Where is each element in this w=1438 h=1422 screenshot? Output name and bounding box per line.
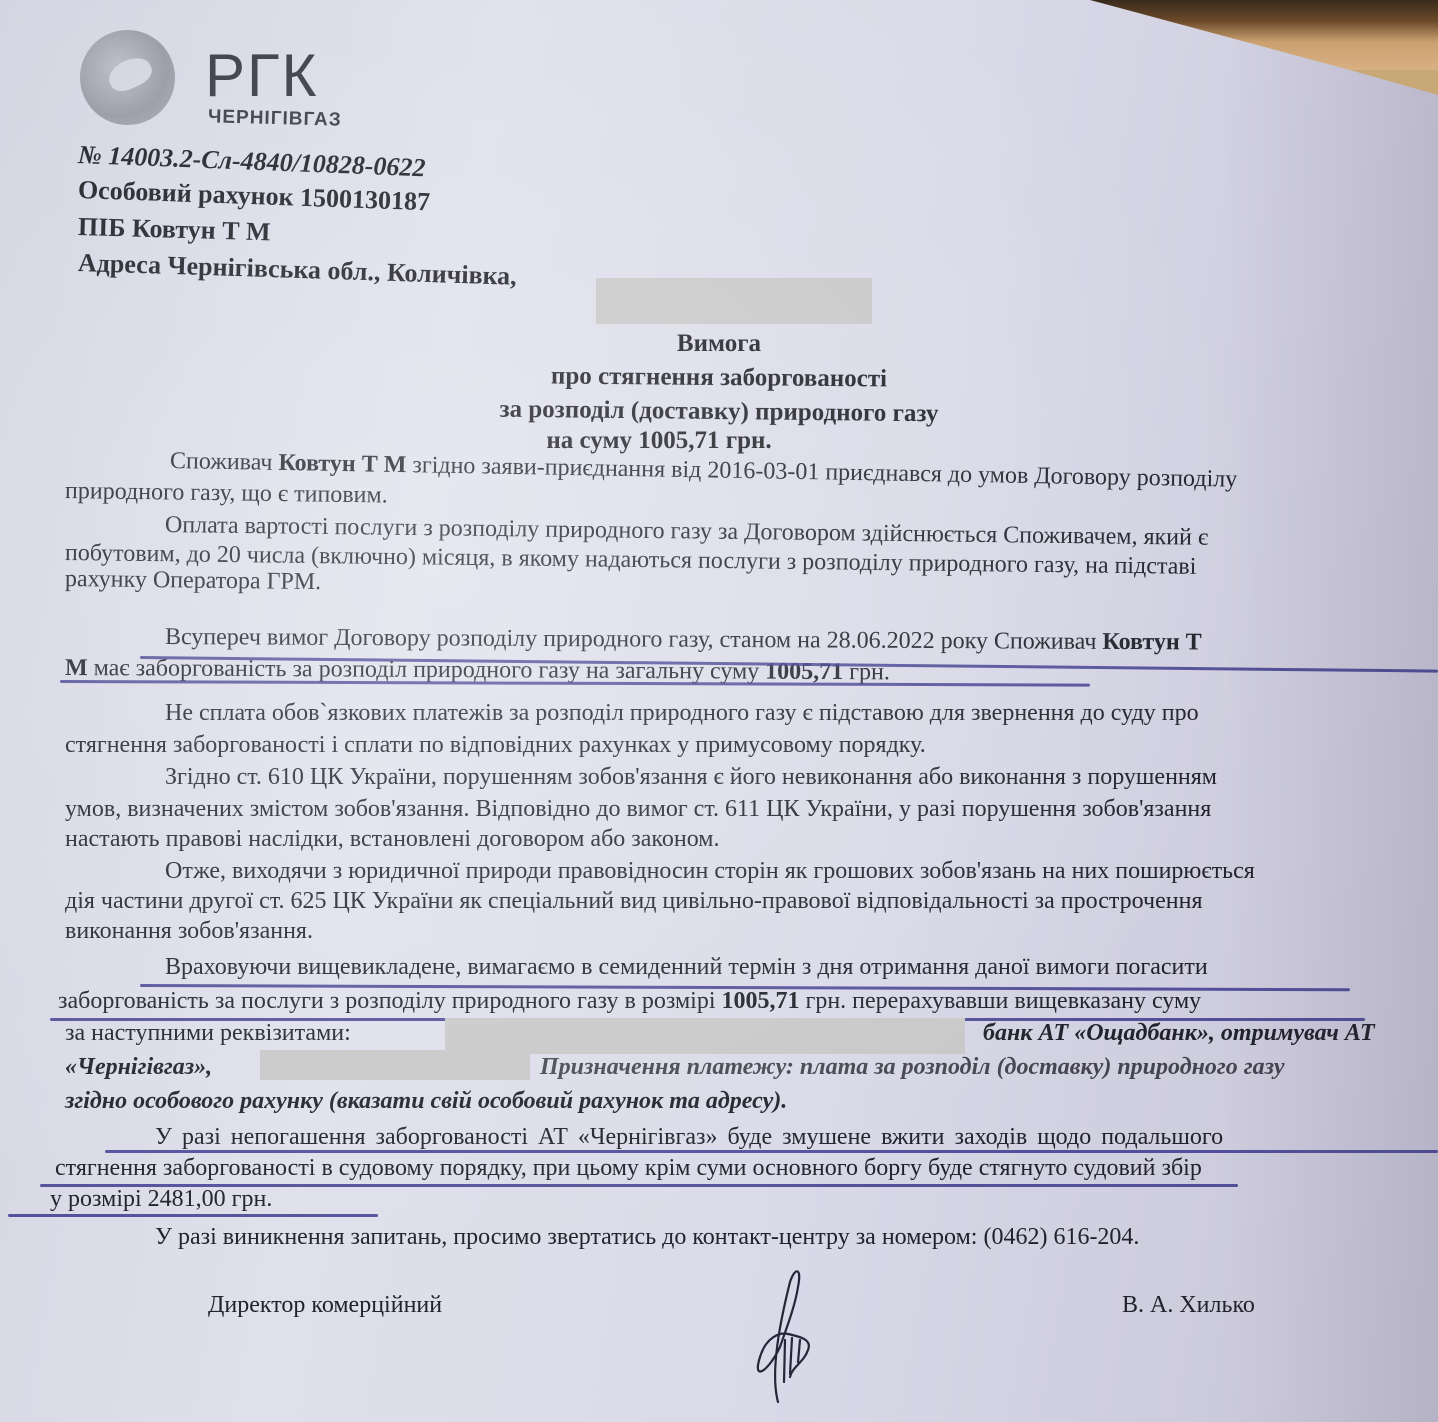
- paragraph-5-line-3: настають правові наслідки, встановлені д…: [65, 826, 719, 853]
- paragraph-8-line-2: стягнення заборгованості в судовому поря…: [55, 1155, 1202, 1182]
- paragraph-2-line-1: Оплата вартості послуги з розподілу прир…: [165, 512, 1209, 552]
- pen-underline: [915, 1018, 1365, 1021]
- paragraph-5-line-1: Згідно ст. 610 ЦК України, порушенням зо…: [165, 764, 1217, 791]
- redacted-bank-details: [445, 1018, 965, 1054]
- document-page: РГК ЧЕРНІГІВГАЗ № 14003.2-Сл-4840/10828-…: [0, 0, 1438, 1422]
- signatory-position: Директор комерційний: [208, 1292, 442, 1319]
- paragraph-1-line-2: природного газу, що є типовим.: [65, 478, 388, 510]
- rgk-sphere-logo-icon: [80, 30, 175, 125]
- pen-underline: [140, 656, 1438, 673]
- payment-instruction: згідно особового рахунку (вказати свій о…: [65, 1088, 787, 1115]
- recipient-company: «Чернігівгаз»,: [65, 1054, 212, 1081]
- signatory-name: В. А. Хилько: [1122, 1292, 1255, 1319]
- bank-recipient: банк АТ «Ощадбанк», отримувач АТ: [983, 1020, 1375, 1047]
- pen-underline: [60, 680, 1090, 687]
- document-number: № 14003.2-Сл-4840/10828-0622: [77, 140, 426, 183]
- contact-center-line: У разі виникнення запитань, просимо звер…: [155, 1224, 1139, 1251]
- paragraph-7-line-2: заборгованість за послуги з розподілу пр…: [58, 988, 1201, 1015]
- pen-underline: [50, 1018, 500, 1021]
- pen-underline: [105, 1150, 1438, 1153]
- paragraph-2-line-3: рахунку Оператора ГРМ.: [65, 566, 321, 596]
- logo-brand: РГК: [205, 46, 318, 106]
- doc-subtitle-2: за розподіл (доставку) природного газу: [0, 390, 1438, 433]
- paragraph-8-line-1: У разі непогашення заборгованості АТ «Че…: [155, 1124, 1223, 1151]
- logo-subtitle: ЧЕРНІГІВГАЗ: [208, 106, 342, 131]
- paragraph-6-line-3: виконання зобов'язання.: [65, 918, 313, 945]
- customer-name: ПІБ Ковтун Т М: [78, 212, 271, 247]
- account-number: Особовий рахунок 1500130187: [77, 175, 430, 217]
- pen-underline: [40, 1184, 1238, 1187]
- paragraph-8-line-3: у розмірі 2481,00 грн.: [50, 1186, 272, 1213]
- payment-purpose: Призначення платежу: плата за розподіл (…: [540, 1054, 1285, 1081]
- paragraph-4-line-2: стягнення заборгованості і сплати по від…: [65, 732, 926, 759]
- doc-title: Вимога: [0, 330, 1438, 358]
- paragraph-5-line-2: умов, визначених змістом зобов'язання. В…: [65, 796, 1211, 823]
- paragraph-7-line-1: Враховуючи вищевикладене, вимагаємо в се…: [165, 954, 1208, 981]
- paragraph-3-line-2: М має заборгованість за розподіл природн…: [65, 655, 890, 686]
- paragraph-3-line-1: Всупереч вимог Договору розподілу природ…: [165, 624, 1202, 656]
- paragraph-6-line-1: Отже, виходячи з юридичної природи право…: [165, 858, 1255, 885]
- redacted-address: [596, 278, 872, 324]
- doc-amount: на суму 1005,71 грн.: [0, 427, 1378, 455]
- paragraph-2-line-2: побутовим, до 20 числа (включно) місяця,…: [65, 540, 1197, 581]
- pen-underline: [8, 1214, 378, 1217]
- redacted-account: [260, 1050, 530, 1080]
- paragraph-6-line-2: дія частини другої ст. 625 ЦК України як…: [65, 888, 1203, 915]
- handwritten-signature-icon: [740, 1262, 840, 1417]
- paragraph-4-line-1: Не сплата обов`язкових платежів за розпо…: [165, 700, 1199, 727]
- pen-underline: [140, 984, 1350, 991]
- paragraph-1-line-1: Споживач Ковтун Т М згідно заяви-приєдна…: [170, 448, 1238, 494]
- doc-subtitle-1: про стягнення заборгованості: [0, 358, 1438, 399]
- paragraph-7-line-3: за наступними реквізитами:: [65, 1020, 351, 1047]
- customer-address: Адреса Чернігівська обл., Количівка,: [78, 248, 518, 292]
